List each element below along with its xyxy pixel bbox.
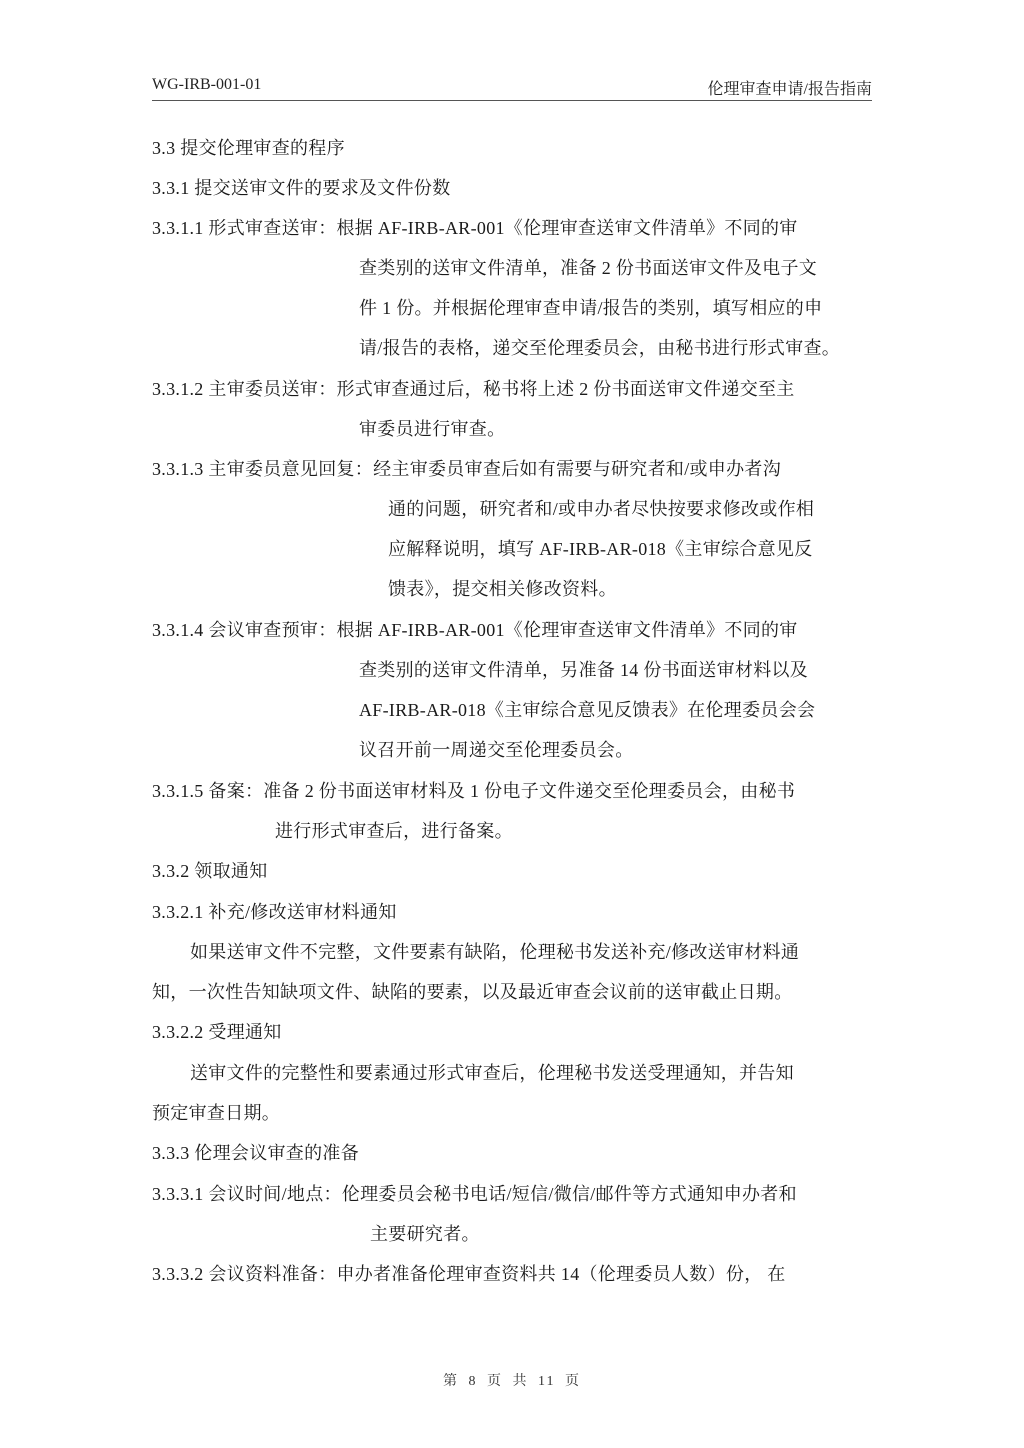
text-line: 3.3.1.3 主审委员意见回复：经主审委员审查后如有需要与研究者和/或申办者沟 [152,457,781,481]
text-line: 查类别的送审文件清单，准备 2 份书面送审文件及电子文 [359,256,817,280]
page-header: WG-IRB-001-01 伦理审查申请/报告指南 [152,74,872,101]
text-line: 请/报告的表格，递交至伦理委员会，由秘书进行形式审查。 [359,336,840,360]
text-line: 件 1 份。并根据伦理审查申请/报告的类别，填写相应的申 [359,296,822,320]
text-line: 如果送审文件不完整，文件要素有缺陷，伦理秘书发送补充/修改送审材料通 [190,940,799,964]
text-line: AF-IRB-AR-018《主审综合意见反馈表》在伦理委员会会 [359,698,815,722]
text-line: 3.3 提交伦理审查的程序 [152,136,345,160]
text-line: 3.3.3.2 会议资料准备：申办者准备伦理审查资料共 14（伦理委员人数）份，… [152,1262,786,1286]
text-line: 查类别的送审文件清单，另准备 14 份书面送审材料以及 [359,658,808,682]
text-line: 3.3.1.4 会议审查预审：根据 AF-IRB-AR-001《伦理审查送审文件… [152,618,798,642]
text-line: 通的问题，研究者和/或申办者尽快按要求修改或作相 [388,497,814,521]
text-line: 应解释说明，填写 AF-IRB-AR-018《主审综合意见反 [388,537,813,561]
text-line: 3.3.2.2 受理通知 [152,1020,282,1044]
text-line: 3.3.2.1 补充/修改送审材料通知 [152,900,397,924]
text-line: 3.3.3.1 会议时间/地点：伦理委员会秘书电话/短信/微信/邮件等方式通知申… [152,1182,797,1206]
text-line: 3.3.1.1 形式审查送审：根据 AF-IRB-AR-001《伦理审查送审文件… [152,216,798,240]
document-code: WG-IRB-001-01 [152,76,261,94]
text-line: 3.3.1 提交送审文件的要求及文件份数 [152,176,451,200]
text-line: 进行形式审查后，进行备案。 [275,819,513,843]
text-line: 3.3.3 伦理会议审查的准备 [152,1141,359,1165]
page-number: 第 8 页 共 11 页 [0,1370,1024,1390]
text-line: 审委员进行审查。 [359,417,505,441]
text-line: 3.3.1.2 主审委员送审：形式审查通过后，秘书将上述 2 份书面送审文件递交… [152,377,795,401]
text-line: 议召开前一周递交至伦理委员会。 [359,738,634,762]
text-line: 知，一次性告知缺项文件、缺陷的要素，以及最近审查会议前的送审截止日期。 [152,980,793,1004]
document-title: 伦理审查申请/报告指南 [708,76,872,99]
text-line: 3.3.2 领取通知 [152,859,268,883]
text-line: 3.3.1.5 备案：准备 2 份书面送审材料及 1 份电子文件递交至伦理委员会… [152,779,795,803]
text-line: 预定审查日期。 [152,1101,280,1125]
text-line: 送审文件的完整性和要素通过形式审查后，伦理秘书发送受理通知，并告知 [190,1061,794,1085]
text-line: 馈表》，提交相关修改资料。 [388,577,617,601]
text-line: 主要研究者。 [370,1222,480,1246]
